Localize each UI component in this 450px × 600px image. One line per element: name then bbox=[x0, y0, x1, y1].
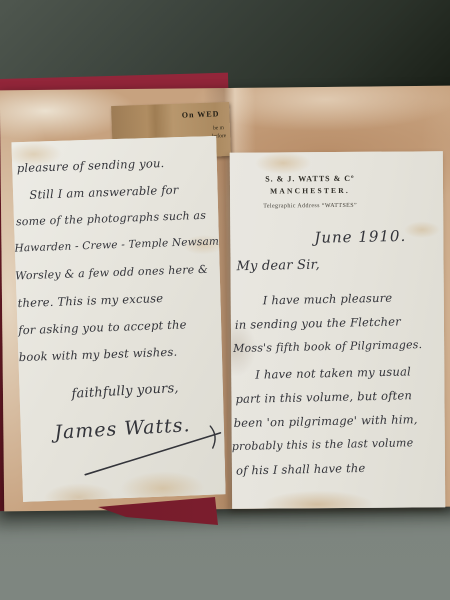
letter-closing: faithfully yours, bbox=[71, 381, 179, 402]
handwritten-line: Still I am answerable for bbox=[29, 183, 179, 202]
handwritten-line: been 'on pilgrimage' with him, bbox=[234, 412, 418, 430]
handwritten-line: Moss's fifth book of Pilgrimages. bbox=[233, 338, 422, 355]
handwritten-line: in sending you the Fletcher bbox=[235, 314, 401, 331]
left-letter-sheet: pleasure of sending you. Still I am answ… bbox=[8, 136, 226, 502]
handwritten-line: some of the photographs such as bbox=[16, 209, 207, 229]
signature: James Watts. bbox=[54, 414, 191, 444]
handwritten-line: I have much pleasure bbox=[263, 291, 393, 308]
right-letter-sheet: S. & J. WATTS & Cº MANCHESTER. Telegraph… bbox=[230, 151, 445, 508]
letterhead-city: MANCHESTER. bbox=[244, 186, 376, 196]
handwritten-line: part in this volume, but often bbox=[235, 388, 412, 406]
letterhead-telegraph: Telegraphic Address “WATTSES” bbox=[244, 203, 376, 210]
clipping-text-line2: be m bbox=[213, 125, 224, 131]
handwritten-line: probably this is the last volume bbox=[232, 436, 414, 453]
clipping-text-line1: On WED bbox=[182, 109, 220, 119]
handwritten-line: there. This is my excuse bbox=[17, 291, 163, 310]
handwritten-line: book with my best wishes. bbox=[19, 345, 178, 365]
handwritten-line: for asking you to accept the bbox=[18, 317, 187, 337]
handwritten-line: I have not taken my usual bbox=[255, 364, 411, 381]
handwritten-line: of his I shall have the bbox=[236, 461, 366, 478]
letterhead-company: S. & J. WATTS & Cº bbox=[244, 174, 376, 184]
handwritten-line: pleasure of sending you. bbox=[17, 156, 165, 175]
photo-open-book-with-letters: On WED be m before pleasure of sending y… bbox=[0, 0, 450, 600]
handwritten-line: Hawarden - Crewe - Temple Newsam - bbox=[14, 235, 226, 254]
letterhead: S. & J. WATTS & Cº MANCHESTER. Telegraph… bbox=[244, 174, 376, 210]
letter-salutation: My dear Sir, bbox=[236, 258, 320, 275]
letter-date: June 1910. bbox=[314, 227, 406, 247]
handwritten-line: Worsley & a few odd ones here & bbox=[15, 263, 208, 283]
